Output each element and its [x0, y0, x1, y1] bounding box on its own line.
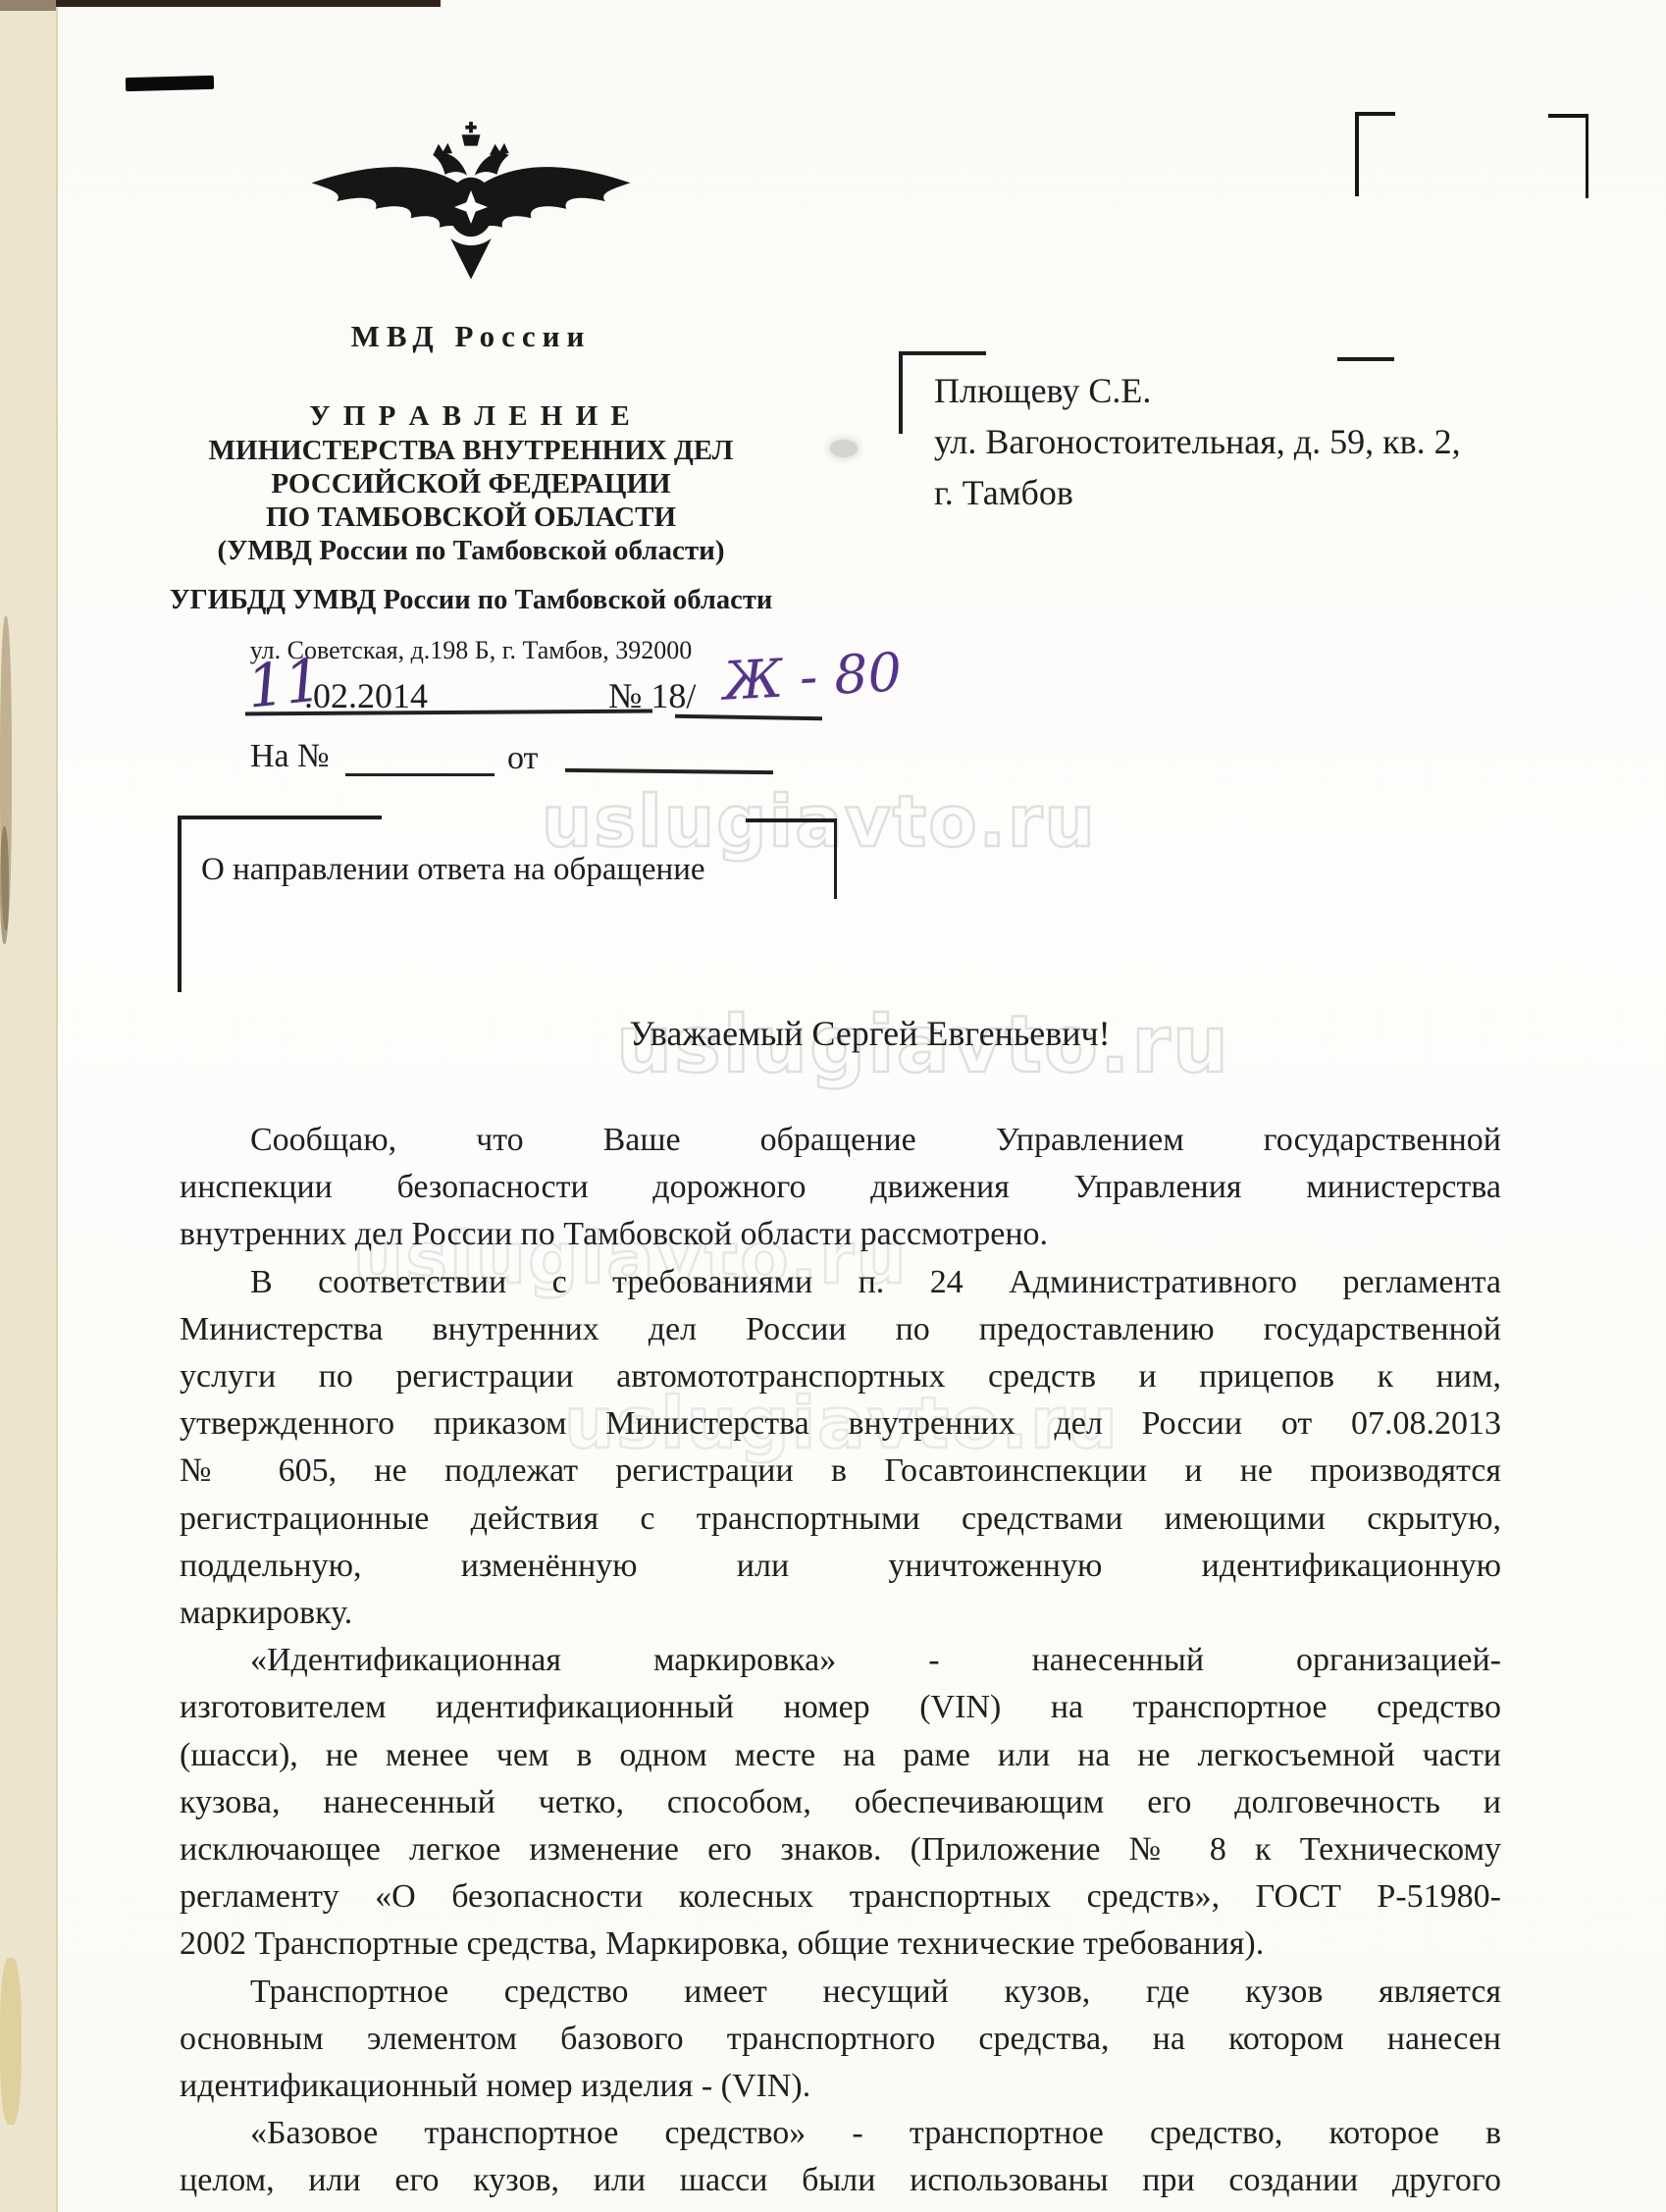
body-line: 2002 Транспортные средства, Маркировка, … [180, 1921, 1501, 1968]
body-line: изготовителем идентификационный номер (V… [180, 1684, 1501, 1731]
reply-number-blank-line [345, 773, 495, 776]
reply-from-label: от [507, 740, 538, 777]
scan-artifact-corner [0, 0, 56, 11]
body-line: Сообщаю, что Ваше обращение Управлением … [180, 1117, 1501, 1164]
mvd-emblem-eagle-icon [147, 108, 795, 306]
body-line: № 605, не подлежат регистрации в Госавто… [180, 1448, 1501, 1495]
scan-artifact-blob [0, 826, 9, 944]
org-line: (УМВД России по Тамбовской области) [147, 535, 795, 567]
subject-corner-bracket-right [746, 818, 837, 899]
stamp-corner-bracket-left [1355, 112, 1395, 196]
stamp-corner-bracket-right [1548, 114, 1588, 198]
body-line: маркировку. [180, 1590, 1501, 1637]
letter-body: Сообщаю, что Ваше обращение Управлением … [180, 1117, 1501, 2205]
agency-title: МВД России [147, 319, 795, 354]
body-line: внутренних дел России по Тамбовской обла… [180, 1211, 1501, 1258]
number-underline [675, 714, 822, 721]
body-line: «Базовое транспортное средство» - трансп… [180, 2110, 1501, 2157]
body-line: «Идентификационная маркировка» - нанесен… [180, 1637, 1501, 1684]
body-line: услуги по регистрации автомототранспортн… [180, 1353, 1501, 1400]
scan-artifact-ink-dash [126, 76, 214, 91]
body-line: целом, или его кузов, или шасси были исп… [180, 2157, 1501, 2204]
body-line: поддельную, изменённую или уничтоженную … [180, 1543, 1501, 1590]
salutation: Уважаемый Сергей Евгеньевич! [180, 1013, 1501, 1054]
body-line: регистрационные действия с транспортными… [180, 1496, 1501, 1543]
scan-artifact-blob [0, 1958, 22, 2125]
reply-to-number-label: На № [250, 738, 330, 775]
recipient-street: ул. Вагоностоительная, д. 59, кв. 2, [934, 416, 1461, 467]
body-line: идентификационный номер изделия - (VIN). [180, 2063, 1501, 2110]
division-name: УГИБДД УМВД России по Тамбовской области [147, 585, 795, 616]
body-line: Транспортное средство имеет несущий кузо… [180, 1969, 1501, 2016]
scan-edge-strip [0, 0, 58, 2212]
org-line: МИНИСТЕРСТВА ВНУТРЕННИХ ДЕЛ [147, 435, 795, 467]
org-line: ПО ТАМБОВСКОЙ ОБЛАСТИ [147, 501, 795, 534]
body-line: исключающее легкое изменение его знаков.… [180, 1826, 1501, 1873]
recipient-city: г. Тамбов [934, 467, 1461, 518]
body-line: утвержденного приказом Министерства внут… [180, 1400, 1501, 1448]
subject-line: О направлении ответа на обращение [201, 852, 705, 888]
body-line: (шасси), не менее чем в одном месте на р… [180, 1732, 1501, 1779]
org-line: У П Р А В Л Е Н И Е [147, 400, 795, 433]
scanned-letter-page: uslugiavto.ru uslugiavto.ru uslugiavto.r… [0, 0, 1666, 2212]
recipient-block: Плющеву С.Е. ул. Вагоностоительная, д. 5… [934, 365, 1461, 518]
body-line: основным элементом базового транспортног… [180, 2016, 1501, 2063]
scan-artifact-smudge [830, 440, 858, 457]
recipient-name: Плющеву С.Е. [934, 365, 1461, 416]
subject-corner-bracket-left [178, 816, 382, 992]
body-line: регламенту «О безопасности колесных тран… [180, 1873, 1501, 1921]
handwritten-number: Ж - 80 [721, 641, 903, 711]
body-line: кузова, нанесенный четко, способом, обес… [180, 1779, 1501, 1826]
body-line: Министерства внутренних дел России по пр… [180, 1306, 1501, 1353]
reply-date-blank-line [565, 768, 773, 774]
body-line: В соответствии с требованиями п. 24 Адми… [180, 1259, 1501, 1306]
scan-artifact-top-strip [56, 0, 441, 7]
org-line: РОССИЙСКОЙ ФЕДЕРАЦИИ [147, 468, 795, 500]
body-line: инспекции безопасности дорожного движени… [180, 1164, 1501, 1211]
